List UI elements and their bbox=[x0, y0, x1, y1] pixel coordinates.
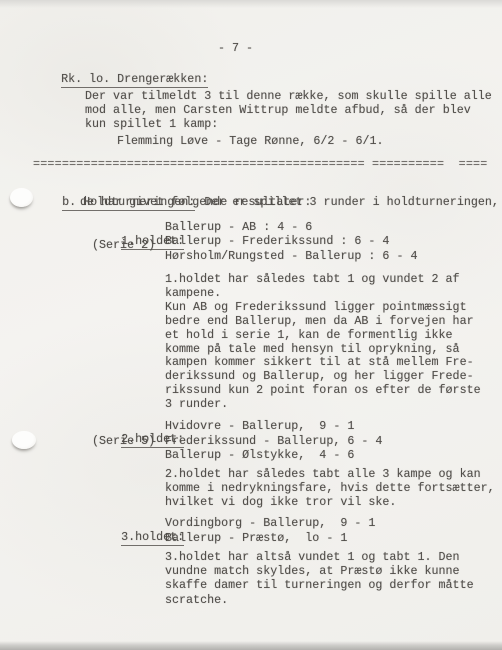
scan-edge-top bbox=[0, 0, 502, 8]
scan-edge-bottom bbox=[0, 641, 502, 650]
team-2-series: (Serie 5) bbox=[92, 434, 155, 448]
team-2-results: Hvidovre - Ballerup, 9 - 1 Frederikssund… bbox=[165, 419, 382, 463]
team-1-comment: 1.holdet har således tabt 1 og vundet 2 … bbox=[165, 273, 481, 412]
team-3-results: Vordingborg - Ballerup, 9 - 1 Ballerup -… bbox=[165, 516, 375, 546]
hole-punch-top bbox=[10, 188, 33, 207]
team-2-comment: 2.holdet har således tabt alle 3 kampe o… bbox=[165, 467, 495, 510]
holdturneringen-intro-line2: de har givet følgende resultater: bbox=[80, 195, 311, 209]
drengeraekken-heading-text: Rk. lo. Drengerækken: bbox=[61, 72, 208, 88]
scanned-page: - 7 - Rk. lo. Drengerækken: Der var tilm… bbox=[0, 0, 502, 650]
team-3-comment: 3.holdet har altså vundet 1 og tabt 1. D… bbox=[165, 550, 474, 607]
drengeraekken-paragraph: Der var tilmeldt 3 til denne række, som … bbox=[85, 89, 492, 132]
section-divider: ========================================… bbox=[33, 157, 487, 171]
team-1-results: Ballerup - AB : 4 - 6 Ballerup - Frederi… bbox=[165, 220, 418, 263]
page-number: - 7 - bbox=[218, 41, 253, 55]
hole-punch-middle bbox=[12, 431, 36, 449]
team-1-series: (Serie 2) bbox=[92, 238, 155, 252]
drengeraekken-match-result: Flemming Løve - Tage Rønne, 6/2 - 6/1. bbox=[117, 134, 384, 148]
